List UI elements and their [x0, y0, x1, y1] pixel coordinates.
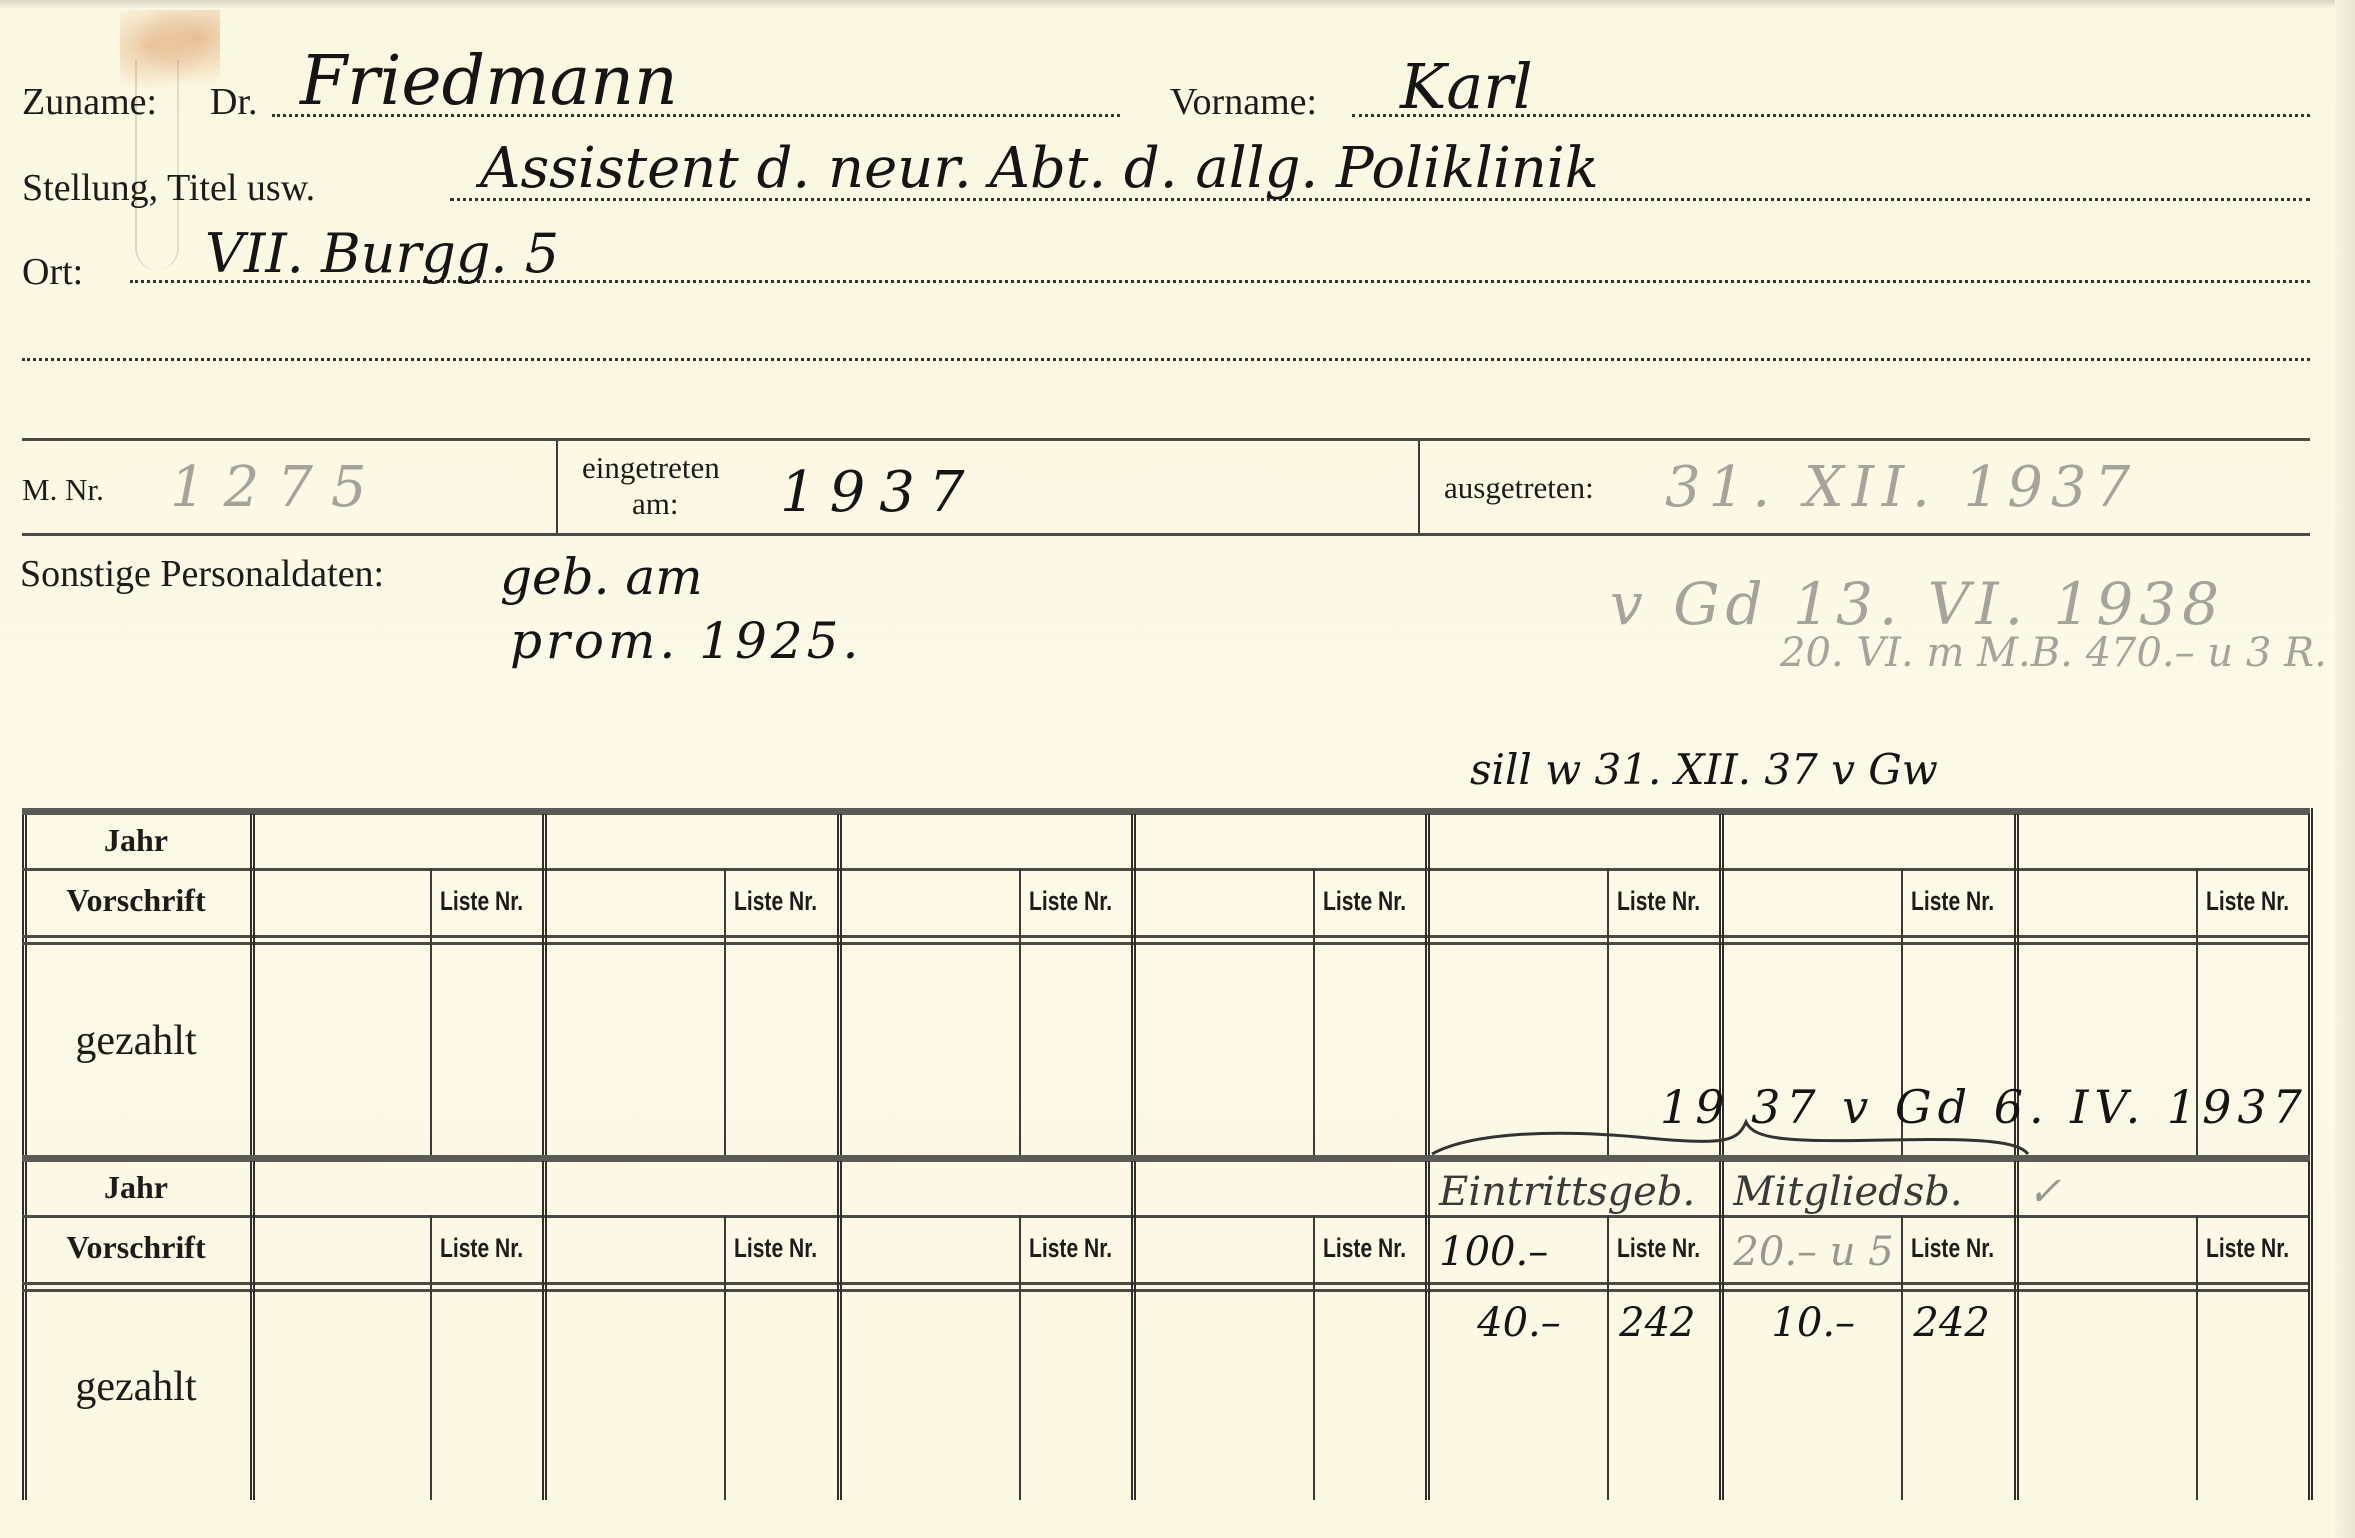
- liste-col-divider: [1607, 1215, 1609, 1500]
- member-divider-1: [556, 441, 558, 533]
- position-value: Assistent d. neur. Abt. d. allg. Polikli…: [480, 136, 1599, 201]
- member-divider-2: [1418, 441, 1420, 533]
- row-label-year: Jahr: [22, 1169, 250, 1206]
- liste-nr-label: Liste Nr.: [2206, 886, 2289, 917]
- label-col-divider: [250, 1161, 255, 1500]
- member-row-top-rule: [22, 438, 2310, 441]
- liste-col-divider: [724, 868, 726, 1155]
- year-col-divider: [542, 1161, 547, 1500]
- year-col-divider: [1131, 814, 1136, 1155]
- paid-list-no: 242: [1913, 1300, 1989, 1346]
- liste-nr-label: Liste Nr.: [1029, 1233, 1112, 1264]
- other-data-label: Sonstige Personaldaten:: [20, 552, 384, 596]
- liste-nr-label: Liste Nr.: [734, 1233, 817, 1264]
- member-row-bottom-rule: [22, 533, 2310, 536]
- liste-col-divider: [430, 1215, 432, 1500]
- year-col-divider: [2308, 814, 2313, 1155]
- year-col-divider: [837, 814, 842, 1155]
- liste-nr-label: Liste Nr.: [1029, 886, 1112, 917]
- paid-cell-value: 40.–: [1477, 1300, 1561, 1346]
- year-col-divider: [1719, 1161, 1724, 1500]
- surname-label: Zuname:: [22, 80, 157, 124]
- vorschrift-rule-2: [22, 1289, 2310, 1292]
- year-rule: [22, 1215, 2310, 1218]
- vorschrift-rule: [22, 1282, 2310, 1285]
- position-label: Stellung, Titel usw.: [22, 166, 315, 210]
- row-label-vorschrift: Vorschrift: [22, 882, 250, 919]
- liste-nr-label: Liste Nr.: [1617, 886, 1700, 917]
- year-col-divider: [542, 814, 547, 1155]
- other-data-line-2: prom. 1925.: [510, 612, 862, 670]
- paid-cell-value: 10.–: [1771, 1300, 1855, 1346]
- left-value: 31. XII. 1937: [1665, 455, 2138, 520]
- liste-col-divider: [2196, 1215, 2198, 1500]
- block-top-rule: [22, 808, 2310, 815]
- member-no-label: M. Nr.: [22, 472, 104, 508]
- year-cell-value: Eintrittsgeb.: [1439, 1169, 1695, 1215]
- liste-nr-label: Liste Nr.: [2206, 1233, 2289, 1264]
- year-col-divider: [1425, 1161, 1430, 1500]
- year-col-divider: [1425, 814, 1430, 1155]
- liste-col-divider: [724, 1215, 726, 1500]
- year-cell-value: ✓: [2028, 1169, 2062, 1215]
- year-rule: [22, 868, 2310, 871]
- liste-nr-label: Liste Nr.: [1617, 1233, 1700, 1264]
- liste-nr-label: Liste Nr.: [1911, 886, 1994, 917]
- liste-col-divider: [1313, 1215, 1315, 1500]
- row-label-gezahlt: gezahlt: [22, 1363, 250, 1411]
- row-label-year: Jahr: [22, 822, 250, 859]
- joined-label: eingetreten: [582, 450, 720, 486]
- year-col-divider: [837, 1161, 842, 1500]
- year-col-divider: [2308, 1161, 2313, 1500]
- place-label: Ort:: [22, 250, 83, 294]
- surname-prefix: Dr.: [210, 80, 258, 124]
- vorschrift-rule: [22, 935, 2310, 938]
- other-data-line-1: geb. am: [500, 548, 703, 606]
- liste-nr-label: Liste Nr.: [440, 1233, 523, 1264]
- liste-nr-label: Liste Nr.: [1911, 1233, 1994, 1264]
- membership-card: Zuname: Dr. Friedmann Vorname: Karl Stel…: [0, 0, 2355, 1538]
- firstname-value: Karl: [1400, 50, 1533, 123]
- joined-label-am: am:: [632, 486, 679, 522]
- liste-col-divider: [1607, 868, 1609, 1155]
- row-label-gezahlt: gezahlt: [22, 1017, 250, 1065]
- member-no-value: 1275: [170, 455, 385, 520]
- liste-nr-label: Liste Nr.: [440, 886, 523, 917]
- vorschrift-cell-value: 20.– u 5: [1733, 1229, 1893, 1275]
- row-label-vorschrift: Vorschrift: [22, 1229, 250, 1266]
- surname-value: Friedmann: [300, 42, 678, 121]
- liste-col-divider: [430, 868, 432, 1155]
- ink-note: sill w 31. XII. 37 v Gw: [1470, 745, 1938, 794]
- firstname-label: Vorname:: [1170, 80, 1317, 124]
- vorschrift-rule-2: [22, 942, 2310, 945]
- liste-col-divider: [1313, 868, 1315, 1155]
- label-col-divider: [250, 814, 255, 1155]
- liste-nr-label: Liste Nr.: [1323, 1233, 1406, 1264]
- year-col-divider: [1131, 1161, 1136, 1500]
- year-col-divider: [2014, 1161, 2019, 1500]
- faint-note-2: 20. VI. m M.B. 470.– u 3 R.: [1780, 630, 2327, 676]
- vorschrift-cell-value: 100.–: [1439, 1229, 1548, 1275]
- blank-line: [22, 358, 2310, 361]
- block-top-rule: [22, 1155, 2310, 1162]
- left-label: ausgetreten:: [1444, 470, 1594, 506]
- liste-nr-label: Liste Nr.: [734, 886, 817, 917]
- liste-col-divider: [1019, 1215, 1021, 1500]
- card-top-edge: [0, 0, 2355, 8]
- paid-list-no: 242: [1619, 1300, 1695, 1346]
- joined-value: 1937: [780, 460, 979, 525]
- card-right-edge: [2335, 0, 2355, 1538]
- liste-nr-label: Liste Nr.: [1323, 886, 1406, 917]
- liste-col-divider: [1019, 868, 1021, 1155]
- brace-mark: [1428, 1118, 2048, 1158]
- place-value: VII. Burgg. 5: [205, 222, 559, 285]
- liste-col-divider: [1901, 1215, 1903, 1500]
- year-cell-value: Mitgliedsb.: [1733, 1169, 1962, 1215]
- faint-note-1: v Gd 13. VI. 1938: [1610, 570, 2225, 638]
